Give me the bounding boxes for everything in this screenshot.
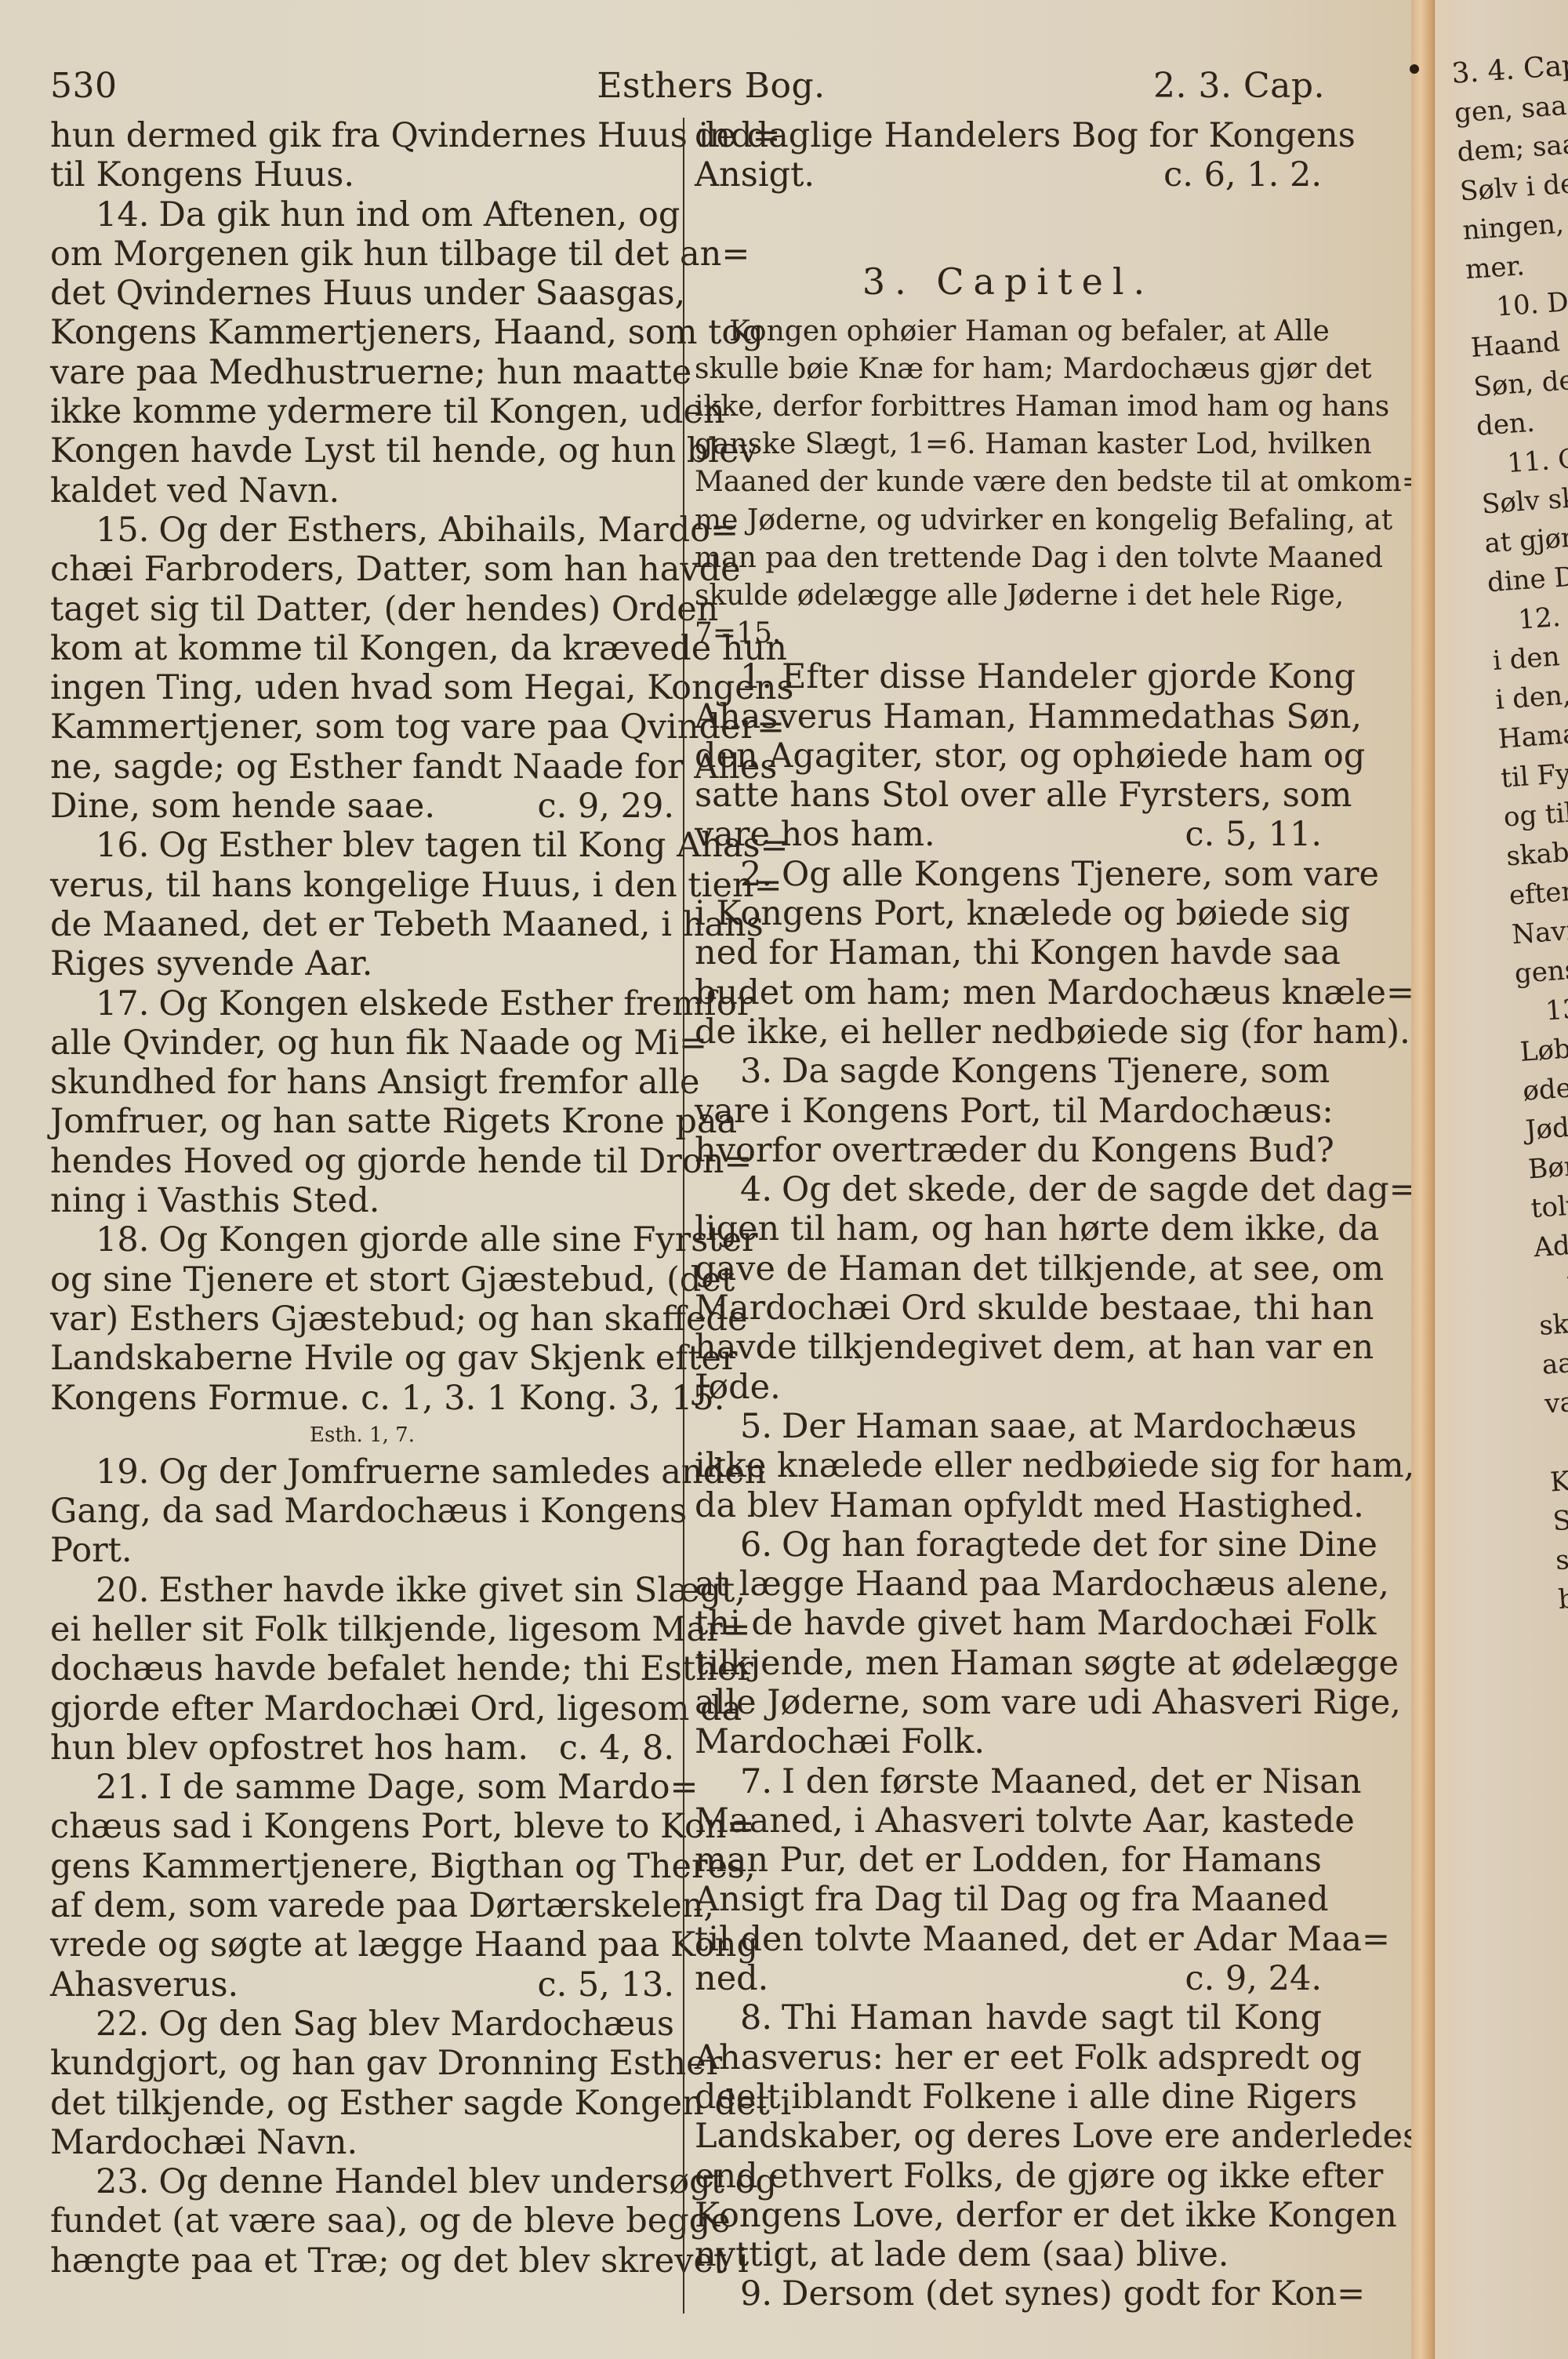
line-text: om Morgenen gik hun tilbage til det an= <box>50 234 750 274</box>
line-text: I den første Maaned, det er Nisan <box>782 1762 1361 1801</box>
verse-start-line: 9.Dersom (det synes) godt for Kon= <box>695 2274 1322 2314</box>
text-line: ei heller sit Folk tilkjende, ligesom Ma… <box>50 1610 674 1649</box>
text-line: tilkjende, men Haman søgte at ødelægge <box>695 1644 1322 1683</box>
verse-number: 3. <box>740 1052 772 1091</box>
line-text: Jøde. <box>695 1368 781 1407</box>
text-line: ned.c. 9, 24. <box>695 1959 1322 1998</box>
verse-number: 1. <box>740 657 772 696</box>
line-text: Riges syvende Aar. <box>50 944 372 983</box>
text-line: hun dermed gik fra Qvindernes Huus ind= <box>50 116 674 155</box>
text-line: gave de Haman det tilkjende, at see, om <box>695 1249 1322 1289</box>
text-line: Kongen havde Lyst til hende, og hun blev <box>50 431 674 471</box>
text-line: thi de havde givet ham Mardochæi Folk <box>695 1604 1322 1643</box>
line-text: satte hans Stol over alle Fyrsters, som <box>695 776 1352 815</box>
verse-start-line: 19.Og der Jomfruerne samledes anden <box>50 1452 674 1492</box>
line-text: end ethvert Folks, de gjøre og ikke efte… <box>695 2157 1383 2196</box>
verse-number: 17. <box>96 984 149 1023</box>
line-text: vare i Kongens Port, til Mardochæus: <box>695 1092 1334 1131</box>
continuation-text: de daglige Handelers Bog for KongensAnsi… <box>695 116 1322 195</box>
text-line: nyttigt, at lade dem (saa) blive. <box>695 2235 1322 2274</box>
text-line: ikke knælede eller nedbøiede sig for ham… <box>695 1446 1322 1485</box>
line-text: Dine, som hende saae. <box>50 787 435 826</box>
line-text: I de samme Dage, som Mardo= <box>158 1768 698 1807</box>
text-line: Landskaber, og deres Love ere anderledes <box>695 2117 1322 2156</box>
text-line: ne, sagde; og Esther fandt Naade for All… <box>50 747 674 787</box>
line-text: havde tilkjendegivet dem, at han var en <box>695 1328 1374 1367</box>
verse-text: 1.Efter disse Handeler gjorde KongAhasve… <box>695 657 1322 2314</box>
verse-start-line: 23.Og denne Handel blev undersøgt og <box>50 2162 674 2201</box>
text-line: fundet (at være saa), og de bleve begge <box>50 2201 674 2241</box>
line-text: Ahasverus. <box>50 1965 238 2005</box>
line-text: af dem, som varede paa Dørtærskelen, <box>50 1886 714 1925</box>
verse-start-line: 5.Der Haman saae, at Mardochæus <box>695 1407 1322 1446</box>
line-text: til Kongens Huus. <box>50 155 354 194</box>
verse-number: 7. <box>740 1762 772 1801</box>
line-text: Esther havde ikke givet sin Slægt, <box>158 1571 746 1610</box>
verse-number: 19. <box>96 1452 149 1492</box>
line-text: Dersom (det synes) godt for Kon= <box>782 2274 1365 2314</box>
summary-line: ganske Slægt, 1=6. Haman kaster Lod, hvi… <box>695 426 1322 463</box>
line-text: Der Haman saae, at Mardochæus <box>782 1407 1356 1446</box>
text-line: verus, til hans kongelige Huus, i den ti… <box>50 866 674 905</box>
text-line: havde tilkjendegivet dem, at han var en <box>695 1328 1322 1367</box>
cross-reference: c. 5, 13. <box>538 1965 675 2005</box>
text-line: Kongens Kammertjeners, Haand, som tog <box>50 313 674 352</box>
line-text: Og der Esthers, Abihails, Mardo= <box>158 511 739 550</box>
text-line: Jomfruer, og han satte Rigets Krone paa <box>50 1102 674 1141</box>
text-line: Kongens Love, derfor er det ikke Kongen <box>695 2196 1322 2235</box>
text-line: man Pur, det er Lodden, for Hamans <box>695 1841 1322 1880</box>
text-line: Mardochæi Ord skulde bestaae, thi han <box>695 1289 1322 1328</box>
text-line: til Kongens Huus. <box>50 155 674 194</box>
text-line: ning i Vasthis Sted. <box>50 1181 674 1220</box>
line-text: Esth. 1, 7. <box>310 1423 415 1447</box>
text-line: Port. <box>50 1531 674 1570</box>
verse-number: 16. <box>96 826 149 865</box>
verse-number: 6. <box>740 1525 772 1565</box>
line-text: gave de Haman det tilkjende, at see, om <box>695 1249 1384 1289</box>
text-line: vrede og søgte at lægge Haand paa Kong <box>50 1925 674 1965</box>
text-line: Maaned, i Ahasveri tolvte Aar, kastede <box>695 1801 1322 1841</box>
line-text: dochæus havde befalet hende; thi Esther <box>50 1649 753 1688</box>
verse-start-line: 21.I de samme Dage, som Mardo= <box>50 1768 674 1807</box>
line-text: Jomfruer, og han satte Rigets Krone paa <box>50 1102 737 1141</box>
next-page-fragment: 3. 4. Cap.gen, saa lad skridem; saa vil … <box>1435 0 1568 2359</box>
line-text: ligen til ham, og han hørte dem ikke, da <box>695 1209 1379 1249</box>
text-line: vare i Kongens Port, til Mardochæus: <box>695 1092 1322 1131</box>
line-text: Kongens Formue. c. 1, 3. 1 Kong. 3, 15. <box>50 1379 724 1418</box>
text-line: skundhed for hans Ansigt fremfor alle <box>50 1063 674 1102</box>
right-column: de daglige Handelers Bog for KongensAnsi… <box>695 116 1322 2314</box>
line-text: vare hos ham. <box>695 815 935 854</box>
verse-number: 8. <box>740 1998 772 2037</box>
binding-hole <box>1410 64 1419 74</box>
line-text: det tilkjende, og Esther sagde Kongen de… <box>50 2084 791 2123</box>
cross-reference: c. 4, 8. <box>559 1728 674 1768</box>
line-text: budet om ham; men Mardochæus knæle= <box>695 973 1414 1012</box>
line-text: kom at komme til Kongen, da krævede hun <box>50 629 787 668</box>
cross-reference: c. 5, 11. <box>1185 815 1323 854</box>
text-line: end ethvert Folks, de gjøre og ikke efte… <box>695 2157 1322 2196</box>
line-text: Thi Haman havde sagt til Kong <box>782 1998 1322 2037</box>
line-text: Mardochæi Navn. <box>50 2123 358 2162</box>
text-line: Mardochæi Folk. <box>695 1722 1322 1761</box>
text-line: de daglige Handelers Bog for Kongens <box>695 116 1322 155</box>
cross-reference: c. 9, 29. <box>538 787 675 826</box>
text-line: taget sig til Datter, (der hendes) Orden <box>50 590 674 629</box>
line-text: ei heller sit Folk tilkjende, ligesom Ma… <box>50 1610 751 1649</box>
summary-line: me Jøderne, og udvirker en kongelig Befa… <box>695 502 1322 540</box>
verse-start-line: 2.Og alle Kongens Tjenere, som vare <box>695 855 1322 894</box>
text-line: alle Jøderne, som vare udi Ahasveri Rige… <box>695 1683 1322 1722</box>
line-text: Og Kongen gjorde alle sine Fyrster <box>158 1220 757 1259</box>
verse-number: 15. <box>96 511 149 550</box>
summary-line: skulde ødelægge alle Jøderne i det hele … <box>695 577 1322 615</box>
text-line: og sine Tjenere et stort Gjæstebud, (det <box>50 1260 674 1299</box>
text-line: Dine, som hende saae.c. 9, 29. <box>50 787 674 826</box>
line-text: Kongens Kammertjeners, Haand, som tog <box>50 313 764 352</box>
line-text: og sine Tjenere et stort Gjæstebud, (det <box>50 1260 735 1299</box>
line-text: ned for Haman, thi Kongen havde saa <box>695 933 1341 972</box>
text-line: hængte paa et Træ; og det blev skrevet i <box>50 2241 674 2281</box>
text-line: deelt iblandt Folkene i alle dine Rigers <box>695 2077 1322 2117</box>
text-line: ned for Haman, thi Kongen havde saa <box>695 933 1322 972</box>
text-line: chæi Farbroders, Datter, som han havde <box>50 550 674 589</box>
line-text: skundhed for hans Ansigt fremfor alle <box>50 1063 700 1102</box>
verse-start-line: 6.Og han foragtede det for sine Dine <box>695 1525 1322 1565</box>
verse-start-line: 14.Da gik hun ind om Aftenen, og <box>50 195 674 234</box>
verse-start-line: 18.Og Kongen gjorde alle sine Fyrster <box>50 1220 674 1259</box>
line-text: ned. <box>695 1959 768 1998</box>
cross-reference: c. 9, 24. <box>1185 1959 1323 1998</box>
book-page: 530 Esthers Bog. 2. 3. Cap. hun dermed g… <box>0 0 1411 2359</box>
text-line: Ahasverus.c. 5, 13. <box>50 1965 674 2005</box>
line-text: chæi Farbroders, Datter, som han havde <box>50 550 741 589</box>
summary-line: skulle bøie Knæ for ham; Mardochæus gjør… <box>695 351 1322 388</box>
verse-start-line: 20.Esther havde ikke givet sin Slægt, <box>50 1571 674 1610</box>
text-line: gens Kammertjenere, Bigthan og Theres, <box>50 1847 674 1886</box>
chapter-range: 2. 3. Cap. <box>1153 66 1325 106</box>
line-text: alle Jøderne, som vare udi Ahasveri Rige… <box>695 1683 1401 1722</box>
line-text: Port. <box>50 1531 132 1570</box>
text-line: gjorde efter Mardochæi Ord, ligesom da <box>50 1689 674 1728</box>
text-line: Esth. 1, 7. <box>50 1418 674 1452</box>
line-text: kaldet ved Navn. <box>50 471 339 511</box>
line-text: Kongen havde Lyst til hende, og hun blev <box>50 431 758 471</box>
text-line: Mardochæi Navn. <box>50 2123 674 2162</box>
text-line: Kammertjener, som tog vare paa Qvinder= <box>50 707 674 747</box>
verse-start-line: 22.Og den Sag blev Mardochæus <box>50 2005 674 2044</box>
verse-number: 5. <box>740 1407 772 1446</box>
line-text: ikke knælede eller nedbøiede sig for ham… <box>695 1446 1414 1485</box>
line-text: Da gik hun ind om Aftenen, og <box>158 195 680 234</box>
line-text: gjorde efter Mardochæi Ord, ligesom da <box>50 1689 742 1728</box>
verse-start-line: 1.Efter disse Handeler gjorde Kong <box>695 657 1322 696</box>
line-text: det Qvindernes Huus under Saasgas, <box>50 274 685 313</box>
line-text: den Agagiter, stor, og ophøiede ham og <box>695 736 1365 776</box>
left-column: hun dermed gik fra Qvindernes Huus ind=t… <box>50 116 674 2281</box>
line-text: Maaned, i Ahasveri tolvte Aar, kastede <box>695 1801 1355 1841</box>
line-text: hendes Hoved og gjorde hende til Dron= <box>50 1142 752 1181</box>
verse-number: 2. <box>740 855 772 894</box>
text-line: de Maaned, det er Tebeth Maaned, i hans <box>50 905 674 944</box>
line-text: tilkjende, men Haman søgte at ødelægge <box>695 1644 1399 1683</box>
text-line: kom at komme til Kongen, da krævede hun <box>50 629 674 668</box>
line-text: Og den Sag blev Mardochæus <box>158 2005 674 2044</box>
verse-number: 18. <box>96 1220 149 1259</box>
line-text: hængte paa et Træ; og det blev skrevet i <box>50 2241 749 2281</box>
text-line: hvorfor overtræder du Kongens Bud? <box>695 1131 1322 1170</box>
line-text: Og Kongen elskede Esther fremfor <box>158 984 753 1023</box>
text-line: Ansigt.c. 6, 1. 2. <box>695 155 1322 194</box>
text-line: Ahasverus: her er eet Folk adspredt og <box>695 2038 1322 2077</box>
book-gutter <box>1411 0 1435 2359</box>
text-line: var) Esthers Gjæstebud; og han skaffede <box>50 1299 674 1339</box>
text-line: det tilkjende, og Esther sagde Kongen de… <box>50 2084 674 2123</box>
line-text: Gang, da sad Mardochæus i Kongens <box>50 1492 687 1531</box>
verse-start-line: 17.Og Kongen elskede Esther fremfor <box>50 984 674 1023</box>
summary-line: Maaned der kunde være den bedste til at … <box>695 463 1322 501</box>
verse-number: 4. <box>740 1170 772 1209</box>
text-line: vare hos ham.c. 5, 11. <box>695 815 1322 854</box>
text-line: kaldet ved Navn. <box>50 471 674 511</box>
text-line: chæus sad i Kongens Port, bleve to Kon= <box>50 1807 674 1846</box>
line-text: verus, til hans kongelige Huus, i den ti… <box>50 866 782 905</box>
text-line: til den tolvte Maaned, det er Adar Maa= <box>695 1920 1322 1959</box>
line-text: Kammertjener, som tog vare paa Qvinder= <box>50 707 785 747</box>
line-text: Landskaber, og deres Love ere anderledes <box>695 2117 1420 2156</box>
text-line: i Kongens Port, knælede og bøiede sig <box>695 894 1322 933</box>
line-text: Ahasverus Haman, Hammedathas Søn, <box>695 697 1362 736</box>
verse-start-line: 4.Og det skede, der de sagde det dag= <box>695 1170 1322 1209</box>
text-line: Ahasverus Haman, Hammedathas Søn, <box>695 697 1322 736</box>
line-text: vare paa Medhustruerne; hun maatte <box>50 353 691 392</box>
line-text: hun dermed gik fra Qvindernes Huus ind= <box>50 116 781 155</box>
line-text: at lægge Haand paa Mardochæus alene, <box>695 1565 1389 1604</box>
text-line: ingen Ting, uden hvad som Hegai, Kongens <box>50 668 674 707</box>
line-text: ning i Vasthis Sted. <box>50 1181 379 1220</box>
verse-start-line: 8.Thi Haman havde sagt til Kong <box>695 1998 1322 2037</box>
verse-start-line: 15.Og der Esthers, Abihails, Mardo= <box>50 511 674 550</box>
next-page-text: 3. 4. Cap.gen, saa lad skridem; saa vil … <box>1450 33 1568 2151</box>
line-text: til den tolvte Maaned, det er Adar Maa= <box>695 1920 1390 1959</box>
line-text: Mardochæi Folk. <box>695 1722 985 1761</box>
text-line: kundgjort, og han gav Dronning Esther <box>50 2044 674 2083</box>
summary-line: man paa den trettende Dag i den tolvte M… <box>695 540 1322 577</box>
text-line: om Morgenen gik hun tilbage til det an= <box>50 234 674 274</box>
text-line: Jøde. <box>695 1368 1322 1407</box>
line-text: da blev Haman opfyldt med Hastighed. <box>695 1486 1364 1525</box>
line-text: hvorfor overtræder du Kongens Bud? <box>695 1131 1334 1170</box>
line-text: deelt iblandt Folkene i alle dine Rigers <box>695 2077 1357 2117</box>
verse-start-line: 7.I den første Maaned, det er Nisan <box>695 1762 1322 1801</box>
line-text: nyttigt, at lade dem (saa) blive. <box>695 2235 1229 2274</box>
line-text: Ahasverus: her er eet Folk adspredt og <box>695 2038 1362 2077</box>
line-text: Og der Jomfruerne samledes anden <box>158 1452 766 1492</box>
text-line: at lægge Haand paa Mardochæus alene, <box>695 1565 1322 1604</box>
line-text: vrede og søgte at lægge Haand paa Kong <box>50 1925 758 1965</box>
line-text: chæus sad i Kongens Port, bleve to Kon= <box>50 1807 755 1846</box>
book-title: Esthers Bog. <box>50 66 1325 106</box>
chapter-heading: 3. Capitel. <box>695 242 1322 313</box>
text-line: det Qvindernes Huus under Saasgas, <box>50 274 674 313</box>
line-text: ne, sagde; og Esther fandt Naade for All… <box>50 747 777 787</box>
line-text: hun blev opfostret hos ham. <box>50 1728 528 1768</box>
text-line: den Agagiter, stor, og ophøiede ham og <box>695 736 1322 776</box>
line-text: gens Kammertjenere, Bigthan og Theres, <box>50 1847 756 1886</box>
line-text: man Pur, det er Lodden, for Hamans <box>695 1841 1322 1880</box>
text-line: Ansigt fra Dag til Dag og fra Maaned <box>695 1880 1322 1919</box>
text-line: hun blev opfostret hos ham.c. 4, 8. <box>50 1728 674 1768</box>
next-page-header: 3. 4. Cap. <box>1450 33 1568 94</box>
text-line: alle Qvinder, og hun fik Naade og Mi= <box>50 1023 674 1063</box>
verse-number: 9. <box>740 2274 772 2314</box>
verse-start-line: 16.Og Esther blev tagen til Kong Ahas= <box>50 826 674 865</box>
verse-number: 20. <box>96 1571 149 1610</box>
text-line: ligen til ham, og han hørte dem ikke, da <box>695 1209 1322 1249</box>
line-text: thi de havde givet ham Mardochæi Folk <box>695 1604 1376 1643</box>
running-header: 530 Esthers Bog. 2. 3. Cap. <box>50 66 1325 113</box>
text-line: Gang, da sad Mardochæus i Kongens <box>50 1492 674 1531</box>
line-text: Efter disse Handeler gjorde Kong <box>782 657 1356 696</box>
line-text: Og han foragtede det for sine Dine <box>782 1525 1377 1565</box>
line-text: de ikke, ei heller nedbøiede sig (for ha… <box>695 1012 1410 1052</box>
text-line: Kongens Formue. c. 1, 3. 1 Kong. 3, 15. <box>50 1379 674 1418</box>
line-text: kundgjort, og han gav Dronning Esther <box>50 2044 722 2083</box>
verse-number: 14. <box>96 195 149 234</box>
line-text: i Kongens Port, knælede og bøiede sig <box>695 894 1350 933</box>
line-text: var) Esthers Gjæstebud; og han skaffede <box>50 1299 747 1339</box>
line-text: Landskaberne Hvile og gav Skjenk efter <box>50 1339 737 1378</box>
line-text: Mardochæi Ord skulde bestaae, thi han <box>695 1289 1374 1328</box>
line-text: Ansigt. <box>695 155 815 194</box>
chapter-summary: Kongen ophøier Haman og befaler, at Alle… <box>695 313 1322 653</box>
line-text: Kongens Love, derfor er det ikke Kongen <box>695 2196 1397 2235</box>
summary-line: 7=15. <box>695 615 1322 652</box>
column-divider <box>683 118 684 2314</box>
verse-number: 22. <box>96 2005 149 2044</box>
line-text: ikke komme ydermere til Kongen, uden <box>50 392 725 431</box>
text-line: vare paa Medhustruerne; hun maatte <box>50 353 674 392</box>
text-line: dochæus havde befalet hende; thi Esther <box>50 1649 674 1688</box>
line-text: Og det skede, der de sagde det dag= <box>782 1170 1417 1209</box>
text-line: de ikke, ei heller nedbøiede sig (for ha… <box>695 1012 1322 1052</box>
text-line: da blev Haman opfyldt med Hastighed. <box>695 1486 1322 1525</box>
verse-number: 23. <box>96 2162 149 2201</box>
cross-reference: c. 6, 1. 2. <box>1163 155 1322 194</box>
text-line: budet om ham; men Mardochæus knæle= <box>695 973 1322 1012</box>
verse-number: 21. <box>96 1768 149 1807</box>
text-line: ikke komme ydermere til Kongen, uden <box>50 392 674 431</box>
summary-line: ikke, derfor forbittres Haman imod ham o… <box>695 388 1322 426</box>
text-line: Landskaberne Hvile og gav Skjenk efter <box>50 1339 674 1378</box>
line-text: taget sig til Datter, (der hendes) Orden <box>50 590 718 629</box>
line-text: fundet (at være saa), og de bleve begge <box>50 2201 731 2241</box>
line-text: Da sagde Kongens Tjenere, som <box>782 1052 1330 1091</box>
line-text: alle Qvinder, og hun fik Naade og Mi= <box>50 1023 707 1063</box>
summary-line: Kongen ophøier Haman og befaler, at Alle <box>695 313 1322 351</box>
line-text: de Maaned, det er Tebeth Maaned, i hans <box>50 905 764 944</box>
text-line: Riges syvende Aar. <box>50 944 674 983</box>
text-line: hendes Hoved og gjorde hende til Dron= <box>50 1142 674 1181</box>
text-line: satte hans Stol over alle Fyrsters, som <box>695 776 1322 815</box>
verse-start-line: 3.Da sagde Kongens Tjenere, som <box>695 1052 1322 1091</box>
line-text: Og alle Kongens Tjenere, som vare <box>782 855 1379 894</box>
line-text: Ansigt fra Dag til Dag og fra Maaned <box>695 1880 1329 1919</box>
text-line: af dem, som varede paa Dørtærskelen, <box>50 1886 674 1925</box>
line-text: de daglige Handelers Bog for Kongens <box>695 116 1356 155</box>
